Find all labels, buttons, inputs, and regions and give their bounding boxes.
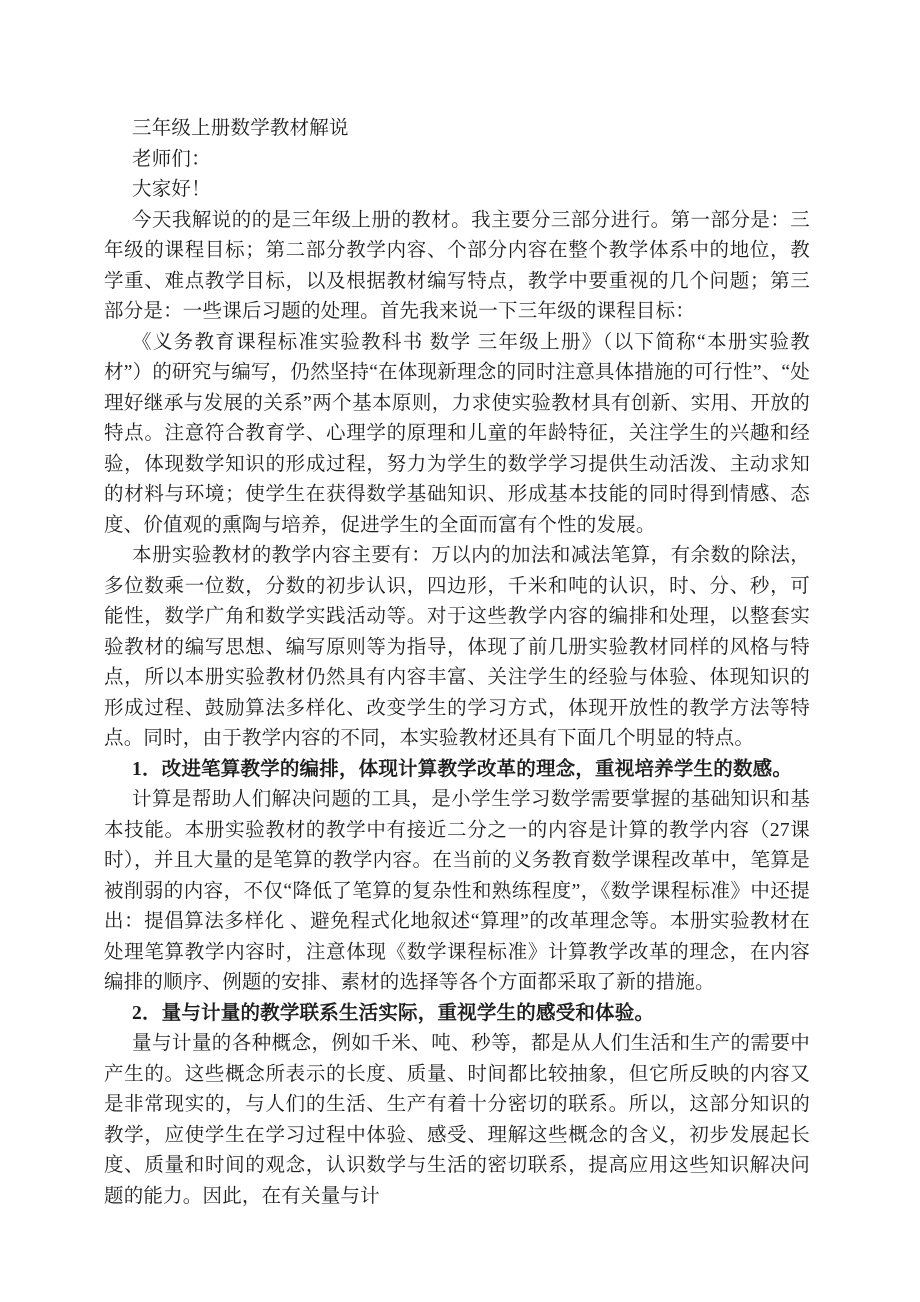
greeting-line: 大家好！ [104,175,810,206]
doc-title-line: 三年级上册数学教材解说 [104,114,810,145]
section-1-heading: 1．改进笔算教学的编排，体现计算教学改革的理念，重视培养学生的数感。 [104,755,810,786]
section-2-heading: 2．量与计量的教学联系生活实际，重视学生的感受和体验。 [104,999,810,1030]
contents-paragraph: 本册实验教材的教学内容主要有：万以内的加法和减法笔算，有余数的除法，多位数乘一位… [104,541,810,755]
salutation-line: 老师们： [104,145,810,176]
section-1-paragraph: 计算是帮助人们解决问题的工具，是小学生学习数学需要掌握的基础知识和基本技能。本册… [104,785,810,999]
section-2-paragraph: 量与计量的各种概念，例如千米、吨、秒等，都是从人们生活和生产的需要中产生的。这些… [104,1029,810,1212]
intro-paragraph: 今天我解说的的是三年级上册的教材。我主要分三部分进行。第一部分是：三年级的课程目… [104,206,810,328]
document-page: 三年级上册数学教材解说 老师们： 大家好！ 今天我解说的的是三年级上册的教材。我… [0,0,920,1302]
principles-paragraph: 《义务教育课程标准实验教科书 数学 三年级上册》（以下简称“本册实验教材”）的研… [104,328,810,542]
